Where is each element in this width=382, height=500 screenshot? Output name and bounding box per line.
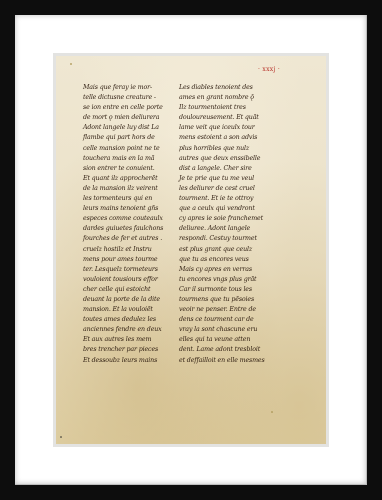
manuscript-line: ter. Lesquelz tormeteurs [83, 265, 181, 275]
manuscript-line: dist a langele. Cher sire [179, 164, 285, 174]
manuscript-line: touchera mais en la mã [83, 154, 181, 164]
manuscript-line: dardes guiuetes faulchons [83, 224, 181, 234]
folio-number: · xxxj · [258, 66, 280, 73]
manuscript-line: Les diables tenoient des [179, 83, 285, 93]
manuscript-line: leurs mains tenoient gñs [83, 204, 181, 214]
manuscript-line: Adont langele luy dist La [83, 123, 181, 133]
manuscript-line: et deffailloit en elle mesmes [179, 356, 285, 366]
manuscript-line: mens pour ames tourme [83, 255, 181, 265]
manuscript-line: toutes ames dedulez les [83, 315, 181, 325]
manuscript-line: plus horribles que nulz [179, 144, 285, 154]
manuscript-line: tourment. Et ie te ottroy [179, 194, 285, 204]
manuscript-line: Mais que feray ie mor- [83, 83, 181, 93]
manuscript-line: Et dessoubz leurs mains [83, 356, 181, 366]
manuscript-line: deuant la porte de la dite [83, 295, 181, 305]
manuscript-line: dent. Lame adont tresbloit [179, 345, 285, 355]
manuscript-line: se ion entre en celle porte [83, 103, 181, 113]
manuscript-line: sion entrer te conuient. [83, 164, 181, 174]
parchment-speck [60, 436, 62, 438]
manuscript-line: Ilz tourmentoient tres [179, 103, 285, 113]
manuscript-line: flambe qui part hors de [83, 133, 181, 143]
manuscript-line: les tormenteurs qui en [83, 194, 181, 204]
manuscript-line: cruelz hostilz et Instru [83, 245, 181, 255]
manuscript-line: tu encores vngs plus grãt [179, 275, 285, 285]
manuscript-line: Car il surmonte tous les [179, 285, 285, 295]
manuscript-line: ames en grant nombre ǭ [179, 93, 285, 103]
manuscript-line: respondi. Cestuy tourmet [179, 234, 285, 244]
manuscript-line: de la mansion ilz veirent [83, 184, 181, 194]
manuscript-line: lame veit que iceulx tour [179, 123, 285, 133]
picture-frame: · xxxj · Mais que feray ie mor-telle dic… [0, 0, 382, 500]
manuscript-line: Je te prie que tu me veul [179, 174, 285, 184]
manuscript-line: autres que deux enssibelle [179, 154, 285, 164]
manuscript-line: de mort ǫ mien deliurera [83, 113, 181, 123]
manuscript-line: fourches de fer et autres . [83, 234, 181, 244]
manuscript-page: · xxxj · Mais que feray ie mor-telle dic… [56, 56, 326, 444]
manuscript-line: vouloient tousiours effor [83, 275, 181, 285]
manuscript-line: les deliurer de cest cruel [179, 184, 285, 194]
manuscript-line: cy apres ie soie franchemet [179, 214, 285, 224]
parchment-speck [70, 63, 72, 65]
parchment-speck [271, 411, 273, 413]
manuscript-line: tourmens que tu pẽsoies [179, 295, 285, 305]
manuscript-line: mens estoient a son advis [179, 133, 285, 143]
manuscript-line: est plus grant que ceulz [179, 245, 285, 255]
manuscript-line: que tu as encores veus [179, 255, 285, 265]
manuscript-line: cher celle qui estoicht [83, 285, 181, 295]
manuscript-line: Mais cy apres en verras [179, 265, 285, 275]
manuscript-line: celle mansion point ne te [83, 144, 181, 154]
manuscript-line: dens ce tourment car de [179, 315, 285, 325]
manuscript-line: elles qui ta veune atten [179, 335, 285, 345]
manuscript-line: que a ceulx qui vendront [179, 204, 285, 214]
manuscript-line: douloureusement. Et quãt [179, 113, 285, 123]
right-text-column: Les diables tenoient desames en grant no… [179, 83, 285, 366]
manuscript-line: veoir ne penser. Entre de [179, 305, 285, 315]
left-text-column: Mais que feray ie mor-telle dictusne cre… [83, 83, 181, 366]
manuscript-line: especes comme couteaulx [83, 214, 181, 224]
manuscript-line: bres trencher par pieces [83, 345, 181, 355]
manuscript-line: Et aux autres les mem [83, 335, 181, 345]
manuscript-line: deliuree. Adont langele [179, 224, 285, 234]
manuscript-line: vray la sont chascune eru [179, 325, 285, 335]
manuscript-line: mansion. Et la vouloiẽt [83, 305, 181, 315]
manuscript-line: Et quant ilz approcherẽt [83, 174, 181, 184]
manuscript-line: anciennes fendre en deux [83, 325, 181, 335]
manuscript-line: telle dictusne creature - [83, 93, 181, 103]
